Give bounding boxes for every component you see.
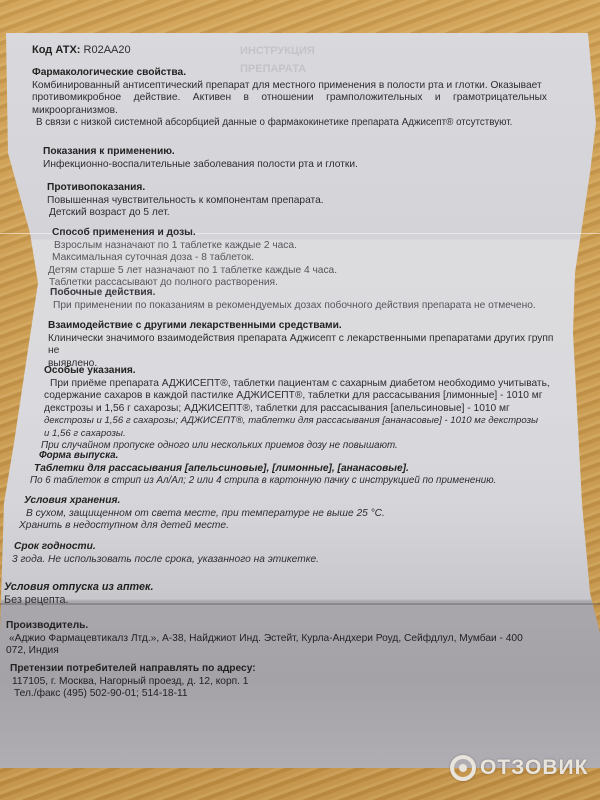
section-indications: Показания к применению. Инфекционно-восп…: [43, 146, 358, 171]
section-special-notes: Особые указания. При приёме препарата АД…: [44, 365, 564, 453]
section-release-form: Форма выпуска. Таблетки для рассасывания…: [34, 450, 496, 488]
section-interactions: Взаимодействие с другими лекарственными …: [48, 320, 563, 370]
section-dispensing: Условия отпуска из аптек. Без рецепта.: [4, 581, 153, 606]
otzovik-watermark: ОТЗОВИК: [450, 755, 588, 781]
section-title: Фармакологические свойства.: [32, 67, 547, 80]
section-dosage: Способ применения и дозы. Взрослым назна…: [52, 227, 337, 290]
section-manufacturer: Производитель. «Аджио Фармацевтикалз Лтд…: [6, 620, 600, 658]
otzovik-logo-icon: [450, 755, 476, 781]
section-side-effects: Побочные действия. При применении по пок…: [50, 287, 536, 312]
atc-code: Код АТХ: R02AA20: [32, 44, 131, 57]
section-pharmacology: Фармакологические свойства. Комбинирован…: [32, 67, 547, 130]
section-contraindications: Противопоказания. Повышенная чувствитель…: [47, 182, 324, 220]
section-storage: Условия хранения. В сухом, защищенном от…: [24, 495, 385, 533]
section-consumer-claims: Претензии потребителей направлять по адр…: [10, 663, 256, 701]
section-shelf-life: Срок годности. 3 года. Не использовать п…: [12, 541, 319, 566]
